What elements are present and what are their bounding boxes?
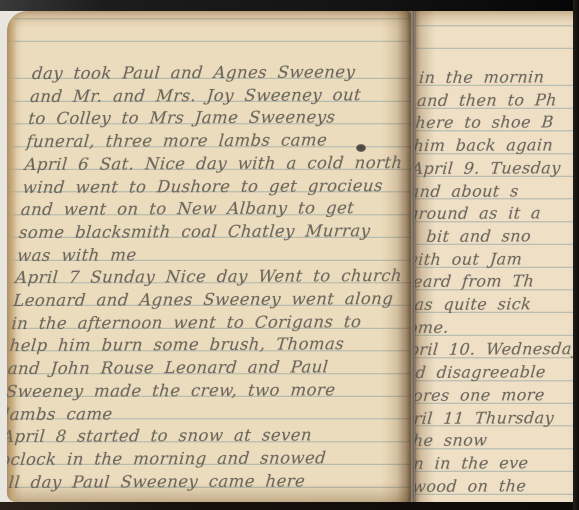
handwritten-line: Sweeney made the crew, two more (7, 379, 387, 404)
handwritten-line: help him burn some brush, Thomas (9, 333, 391, 358)
notebook-scan: day took Paul and Agnes Sweeneyand Mr. a… (0, 0, 579, 510)
scan-top-edge (0, 0, 579, 11)
handwritten-line: f the snow (415, 429, 573, 453)
handwritten-line: April 10. Wednesday (415, 338, 573, 362)
handwritten-line: lambs came (7, 402, 385, 427)
handwritten-line: wind went to Dushore to get grocieus (22, 175, 404, 200)
handwritten-line: and disagreeable (415, 361, 573, 385)
scan-bottom-edge (0, 502, 579, 510)
handwritten-line: was with me (16, 243, 398, 268)
handwritten-line: a bit and sno (415, 225, 573, 249)
scan-right-edge (573, 0, 579, 510)
handwritten-line: and about s (415, 179, 573, 203)
handwritten-line: April 11 Thursday (415, 406, 573, 430)
handwritten-line: with out Jam (415, 247, 573, 271)
handwritten-line: heard from Th (415, 270, 573, 294)
handwritten-line: was quite sick (415, 293, 573, 317)
page-gutter-shadow (397, 11, 421, 502)
handwritten-line: all day Paul Sweeney came here (7, 470, 380, 495)
handwritten-line: gain in the eve (415, 452, 573, 476)
left-page: day took Paul and Agnes Sweeneyand Mr. a… (7, 11, 411, 502)
handwritten-line: chores one more (415, 384, 573, 408)
handwritten-line: and John Rouse Leonard and Paul (7, 356, 389, 381)
handwritten-line: funeral, three more lambs came (26, 129, 408, 154)
handwritten-line: some blacksmith coal Chatley Murray (18, 220, 400, 245)
handwritten-line: April 6 Sat. Nice day with a cold north (24, 152, 406, 177)
right-page-text: in the morninand then to Phhere to shoe … (415, 66, 573, 499)
handwritten-line: April 8 started to snow at seven (7, 424, 383, 449)
handwritten-line: and then to Ph (416, 89, 573, 113)
handwritten-line: ground as it a (415, 202, 573, 226)
handwritten-line: and Mr. and Mrs. Joy Sweeney out (29, 84, 411, 109)
handwritten-line: in the afternoon went to Corigans to (11, 311, 393, 336)
handwritten-line: day took Paul and Agnes Sweeney (31, 61, 411, 86)
handwritten-line: him back again (415, 134, 573, 158)
handwritten-line: of wood on the (415, 474, 573, 498)
handwritten-line: to Colley to Mrs Jame Sweeneys (27, 106, 409, 131)
ink-blot (356, 144, 366, 152)
left-page-text: day took Paul and Agnes Sweeneyand Mr. a… (7, 61, 411, 494)
handwritten-line: in the mornin (418, 66, 573, 90)
handwritten-line: oclock in the morning and snowed (7, 447, 381, 472)
right-page: in the morninand then to Phhere to shoe … (415, 11, 573, 502)
handwritten-line: and went on to New Albany to get (20, 197, 402, 222)
handwritten-line: here to shoe B (415, 111, 573, 135)
handwritten-line: April 9. Tuesday (415, 157, 573, 181)
handwritten-line: Leonard and Agnes Sweeney went along (12, 288, 394, 313)
handwritten-line: come. (415, 316, 573, 340)
handwritten-line: April 7 Sunday Nice day Went to church (14, 265, 396, 290)
